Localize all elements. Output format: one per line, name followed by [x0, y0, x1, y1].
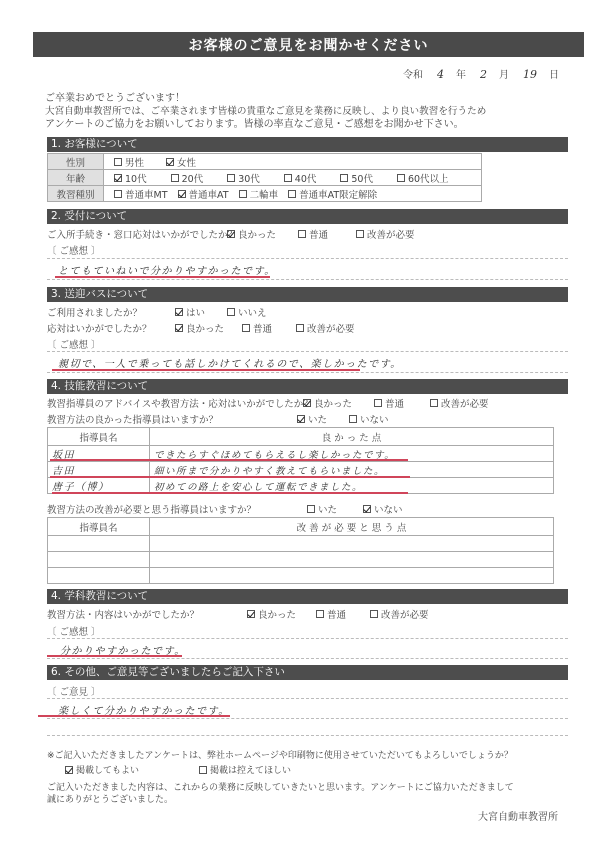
- bus-usage-no-option[interactable]: いいえ: [227, 305, 267, 319]
- checkbox-icon[interactable]: [356, 230, 364, 238]
- age-50s-option[interactable]: 50代: [340, 171, 373, 185]
- checkbox-icon[interactable]: [242, 324, 250, 332]
- checkbox-checked-icon[interactable]: [363, 505, 371, 513]
- checkbox-checked-icon[interactable]: [166, 158, 174, 166]
- instructor-advice-improve-option[interactable]: 改善が必要: [430, 396, 489, 410]
- divider: [47, 658, 568, 659]
- divider: [47, 638, 568, 639]
- reception-question-row: ご入所手続き・窓口応対はいかがでしたか？ 良かった 普通 改善が必要: [47, 227, 415, 241]
- date-month-unit: 月: [499, 66, 509, 81]
- section-2-header: 2. 受付について: [47, 209, 568, 224]
- good-point[interactable]: 初めての路上を安心して運転できました。: [154, 482, 363, 493]
- improve-point-cell[interactable]: [150, 568, 554, 584]
- reception-question: ご入所手続き・窓口応対はいかがでしたか？: [47, 227, 227, 241]
- checkbox-icon[interactable]: [316, 610, 324, 618]
- customer-info-table: 性別 男性 女性 年齢 10代 20代 30代 40代 50代 60代以上 教習…: [47, 153, 482, 202]
- other-comment-label: 〔 ご意見 〕: [47, 684, 101, 698]
- section-6-header: 6. その他、ご意見等ございましたらご記入下さい: [47, 665, 568, 680]
- age-60s-plus-option[interactable]: 60代以上: [397, 171, 449, 185]
- checkbox-icon[interactable]: [114, 190, 122, 198]
- age-10s-option[interactable]: 10代: [114, 171, 147, 185]
- course-motorcycle-option[interactable]: 二輪車: [239, 187, 279, 201]
- good-instructor-yes-option[interactable]: いた: [297, 412, 327, 426]
- age-label: 年齢: [48, 170, 104, 186]
- divider: [47, 735, 568, 736]
- course-at-limit-removal-option[interactable]: 普通車AT限定解除: [288, 187, 377, 201]
- instructor-advice-question: 教習指導員のアドバイスや教習方法・応対はいかがでしたか？: [47, 396, 303, 410]
- checkbox-icon[interactable]: [114, 158, 122, 166]
- checkbox-checked-icon[interactable]: [65, 766, 73, 774]
- table-row: [48, 568, 554, 584]
- consent-decline-option[interactable]: 掲載は控えてほしい: [199, 763, 291, 776]
- good-instructor-no-option[interactable]: いない: [349, 412, 389, 426]
- improve-point-cell[interactable]: [150, 552, 554, 568]
- classroom-question-row: 教習方法・内容はいかがでしたか？ 良かった 普通 改善が必要: [47, 607, 429, 621]
- checkbox-checked-icon[interactable]: [175, 324, 183, 332]
- checkbox-icon[interactable]: [284, 174, 292, 182]
- instructor-name-cell[interactable]: [48, 552, 150, 568]
- date-field: 令和 4 年 2 月 19 日: [403, 66, 559, 81]
- age-row: 年齢 10代 20代 30代 40代 50代 60代以上: [48, 170, 482, 186]
- thanks-message: ご記入いただきました内容は、これからの業務に反映していきたいと思います。アンケー…: [47, 782, 587, 806]
- checkbox-icon[interactable]: [307, 505, 315, 513]
- checkbox-icon[interactable]: [340, 174, 348, 182]
- classroom-good-option[interactable]: 良かった: [247, 607, 296, 621]
- good-instructor-question-row: 教習方法の良かった指導員はいますか？ いた いない: [47, 412, 389, 426]
- instructor-advice-normal-option[interactable]: 普通: [374, 396, 404, 410]
- intro-line-3: アンケートのご協力をお願いしております。皆様の率直なご意見・ご感想をお聞かせ下さ…: [45, 118, 565, 131]
- instructor-advice-question-row: 教習指導員のアドバイスや教習方法・応対はいかがでしたか？ 良かった 普通 改善が…: [47, 396, 489, 410]
- improve-instructor-question: 教習方法の改善が必要と思う指導員はいますか？: [47, 502, 307, 516]
- section-3-header: 3. 送迎バスについて: [47, 287, 568, 302]
- red-underline: [47, 655, 182, 657]
- bus-usage-yes-option[interactable]: はい: [175, 305, 205, 319]
- age-40s-option[interactable]: 40代: [284, 171, 317, 185]
- consent-question: ※ご記入いただきましたアンケートは、弊社ホームページや印刷物に使用させていただい…: [47, 748, 587, 761]
- red-underline: [55, 276, 270, 278]
- date-year[interactable]: 4: [437, 68, 444, 81]
- bus-comment[interactable]: 親切で、一人で乗っても話しかけてくれるので、楽しかったです。: [58, 355, 402, 370]
- course-mt-option[interactable]: 普通車MT: [114, 187, 168, 201]
- checkbox-checked-icon[interactable]: [303, 399, 311, 407]
- consent-allow-option[interactable]: 掲載してもよい: [65, 763, 139, 776]
- red-underline: [52, 369, 360, 371]
- divider: [47, 279, 568, 280]
- improve-instructor-no-option[interactable]: いない: [363, 502, 403, 516]
- date-day-unit: 日: [549, 66, 559, 81]
- date-day[interactable]: 19: [523, 68, 537, 81]
- course-type-row: 教習種別 普通車MT 普通車AT 二輪車 普通車AT限定解除: [48, 186, 482, 202]
- reception-comment[interactable]: とてもていねいで分かりやすかったです。: [58, 262, 276, 277]
- form-title: お客様のご意見をお聞かせください: [33, 32, 584, 57]
- table-header-row: 指導員名 改 善 が 必 要 と 思 う 点: [48, 518, 554, 536]
- date-year-unit: 年: [456, 66, 466, 81]
- divider: [47, 258, 568, 259]
- reception-comment-label: 〔 ご感想 〕: [47, 243, 101, 257]
- section-1-header: 1. お客様について: [47, 137, 568, 152]
- column-header-instructor: 指導員名: [48, 518, 150, 536]
- checkbox-icon[interactable]: [288, 190, 296, 198]
- checkbox-checked-icon[interactable]: [227, 230, 235, 238]
- instructor-name-cell[interactable]: [48, 568, 150, 584]
- bus-service-good-option[interactable]: 良かった: [175, 321, 224, 335]
- consent-options-row: 掲載してもよい 掲載は控えてほしい: [65, 763, 291, 776]
- classroom-comment-label: 〔 ご感想 〕: [47, 624, 101, 638]
- intro-line-2: 大宮自動車教習所では、ご卒業されます皆様の貴重なご意見を業務に反映し、より良い教…: [45, 105, 565, 118]
- improve-instructor-question-row: 教習方法の改善が必要と思う指導員はいますか？ いた いない: [47, 502, 403, 516]
- column-header-instructor: 指導員名: [48, 428, 150, 446]
- red-underline: [50, 459, 408, 461]
- age-20s-option[interactable]: 20代: [171, 171, 204, 185]
- checkbox-icon[interactable]: [227, 308, 235, 316]
- checkbox-checked-icon[interactable]: [175, 308, 183, 316]
- classroom-improve-option[interactable]: 改善が必要: [370, 607, 429, 621]
- thanks-line-2: 誠にありがとうございました。: [47, 794, 587, 806]
- classroom-normal-option[interactable]: 普通: [316, 607, 346, 621]
- bus-service-question-row: 応対はいかがでしたか？ 良かった 普通 改善が必要: [47, 321, 355, 335]
- good-point[interactable]: 細い所まで分かりやすく教えてもらいました。: [154, 466, 385, 477]
- checkbox-icon[interactable]: [227, 174, 235, 182]
- checkbox-icon[interactable]: [296, 324, 304, 332]
- bus-service-improve-option[interactable]: 改善が必要: [296, 321, 355, 335]
- gender-label: 性別: [48, 154, 104, 170]
- good-instructor-question: 教習方法の良かった指導員はいますか？: [47, 412, 297, 426]
- red-underline: [52, 492, 408, 494]
- date-month[interactable]: 2: [480, 68, 487, 81]
- gender-male-option[interactable]: 男性: [114, 155, 144, 169]
- section-4-header: 4. 技能教習について: [47, 379, 568, 394]
- checkbox-icon[interactable]: [370, 610, 378, 618]
- bus-service-question: 応対はいかがでしたか？: [47, 321, 175, 335]
- instructor-name-cell[interactable]: [48, 536, 150, 552]
- checkbox-icon[interactable]: [430, 399, 438, 407]
- improve-point-cell[interactable]: [150, 536, 554, 552]
- intro-line-1: ご卒業おめでとうございます！: [45, 92, 565, 105]
- intro-text: ご卒業おめでとうございます！ 大宮自動車教習所では、ご卒業されます皆様の貴重なご…: [45, 92, 565, 131]
- section-5-header: 4. 学科教習について: [47, 589, 568, 604]
- reception-good-option[interactable]: 良かった: [227, 227, 276, 241]
- instructor-advice-good-option[interactable]: 良かった: [303, 396, 352, 410]
- checkbox-icon[interactable]: [374, 399, 382, 407]
- course-type-label: 教習種別: [48, 186, 104, 202]
- column-header-improve-point: 改 善 が 必 要 と 思 う 点: [150, 518, 554, 536]
- checkbox-checked-icon[interactable]: [178, 190, 186, 198]
- table-header-row: 指導員名 良 か っ た 点: [48, 428, 554, 446]
- divider: [47, 351, 568, 352]
- gender-female-option[interactable]: 女性: [166, 155, 196, 169]
- bus-usage-question: ご利用されましたか？: [47, 305, 175, 319]
- checkbox-icon[interactable]: [239, 190, 247, 198]
- improve-instructor-yes-option[interactable]: いた: [307, 502, 337, 516]
- checkbox-icon[interactable]: [171, 174, 179, 182]
- age-30s-option[interactable]: 30代: [227, 171, 260, 185]
- improve-instructor-table: 指導員名 改 善 が 必 要 と 思 う 点: [47, 517, 554, 584]
- thanks-line-1: ご記入いただきました内容は、これからの業務に反映していきたいと思います。アンケー…: [47, 782, 587, 794]
- table-row: [48, 536, 554, 552]
- checkbox-checked-icon[interactable]: [247, 610, 255, 618]
- checkbox-icon[interactable]: [298, 230, 306, 238]
- column-header-good-point: 良 か っ た 点: [150, 428, 554, 446]
- reception-improve-option[interactable]: 改善が必要: [356, 227, 415, 241]
- checkbox-checked-icon[interactable]: [297, 415, 305, 423]
- course-at-option[interactable]: 普通車AT: [178, 187, 229, 201]
- school-signature: 大宮自動車教習所: [478, 808, 558, 823]
- reception-normal-option[interactable]: 普通: [298, 227, 328, 241]
- bus-service-normal-option[interactable]: 普通: [242, 321, 272, 335]
- red-underline: [50, 476, 410, 478]
- red-underline: [38, 715, 230, 717]
- date-era: 令和: [403, 66, 423, 81]
- checkbox-checked-icon[interactable]: [114, 174, 122, 182]
- table-row: [48, 552, 554, 568]
- checkbox-icon[interactable]: [349, 415, 357, 423]
- checkbox-icon[interactable]: [199, 766, 207, 774]
- bus-usage-question-row: ご利用されましたか？ はい いいえ: [47, 305, 267, 319]
- bus-comment-label: 〔 ご感想 〕: [47, 337, 101, 351]
- divider: [47, 372, 568, 373]
- divider: [47, 718, 568, 719]
- checkbox-icon[interactable]: [397, 174, 405, 182]
- classroom-question: 教習方法・内容はいかがでしたか？: [47, 607, 247, 621]
- gender-row: 性別 男性 女性: [48, 154, 482, 170]
- divider: [47, 698, 568, 699]
